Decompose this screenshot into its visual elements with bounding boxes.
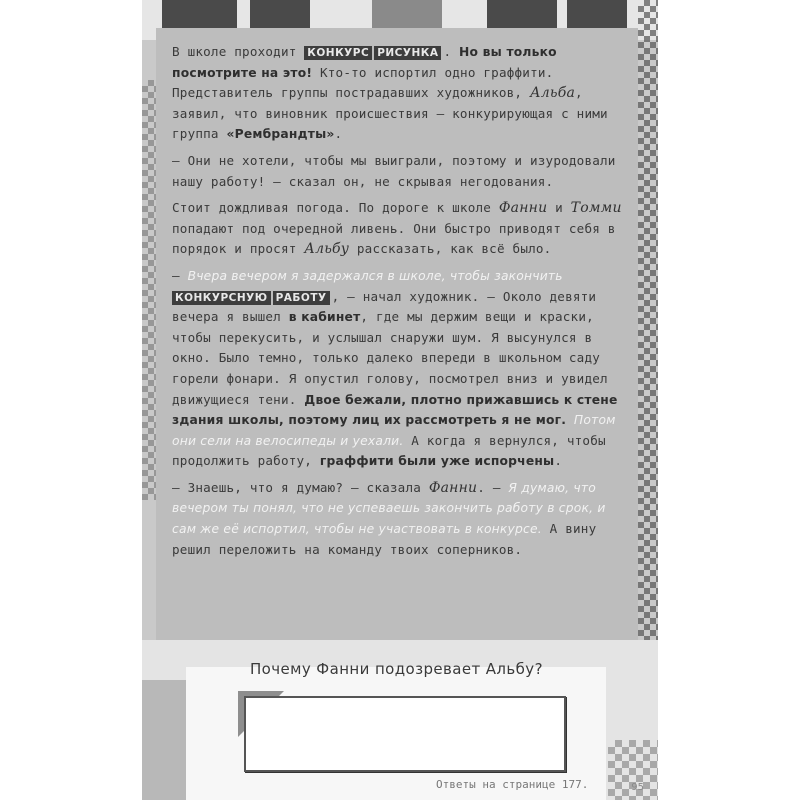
story-paragraph: – Знаешь, что я думаю? – сказала Фанни. … xyxy=(172,478,632,560)
emphasis-text: «Рембрандты» xyxy=(226,127,334,141)
character-name: Фанни xyxy=(429,480,477,496)
answer-box[interactable] xyxy=(244,696,566,772)
decorative-band xyxy=(142,680,186,800)
text-run xyxy=(566,412,574,427)
question-heading: Почему Фанни подозревает Альбу? xyxy=(250,660,543,678)
highlight-tag: РИСУНКА xyxy=(374,46,441,60)
story-text: В школе проходит КОНКУРСРИСУНКА. Но вы т… xyxy=(172,42,632,566)
text-run: – Знаешь, что я думаю? – сказала xyxy=(172,480,429,495)
title-letters-decoration xyxy=(162,0,632,30)
text-run: – Они не хотели, чтобы мы выиграли, поэт… xyxy=(172,153,616,189)
emphasis-text: граффити были уже испорчены xyxy=(320,454,555,468)
question-section: Почему Фанни подозревает Альбу? Ответы н… xyxy=(142,640,658,800)
story-paragraph: Стоит дождливая погода. По дороге к школ… xyxy=(172,198,632,260)
story-paragraph: – Вчера вечером я задержался в школе, чт… xyxy=(172,266,632,472)
highlight-tag: РАБОТУ xyxy=(273,291,330,305)
text-run: – xyxy=(172,268,188,283)
text-run: и xyxy=(547,200,570,215)
answers-note: Ответы на странице 177. xyxy=(436,778,588,791)
story-paragraph: – Они не хотели, чтобы мы выиграли, поэт… xyxy=(172,151,632,192)
text-run: . xyxy=(554,453,562,468)
text-run: . – xyxy=(477,480,508,495)
text-run: В школе проходит xyxy=(172,44,304,59)
book-page: В школе проходит КОНКУРСРИСУНКА. Но вы т… xyxy=(142,0,658,800)
text-run: Стоит дождливая погода. По дороге к школ… xyxy=(172,200,499,215)
character-name: Альбу xyxy=(304,241,349,257)
highlight-tag: КОНКУРСНУЮ xyxy=(172,291,271,305)
page-number: 95 xyxy=(631,782,644,793)
text-run: . xyxy=(443,44,459,59)
text-run: рассказать, как всё было. xyxy=(349,241,551,256)
character-name: Фанни xyxy=(499,200,547,216)
emphasis-text: в кабинет xyxy=(289,310,361,324)
highlight-tag: КОНКУРС xyxy=(304,46,372,60)
checker-pattern-right xyxy=(638,0,658,640)
clue-text: Вчера вечером я задержался в школе, чтоб… xyxy=(188,269,563,283)
story-paragraph: В школе проходит КОНКУРСРИСУНКА. Но вы т… xyxy=(172,42,632,145)
character-name: Альба xyxy=(530,85,575,101)
character-name: Томми xyxy=(571,200,622,216)
text-run: . xyxy=(335,126,343,141)
